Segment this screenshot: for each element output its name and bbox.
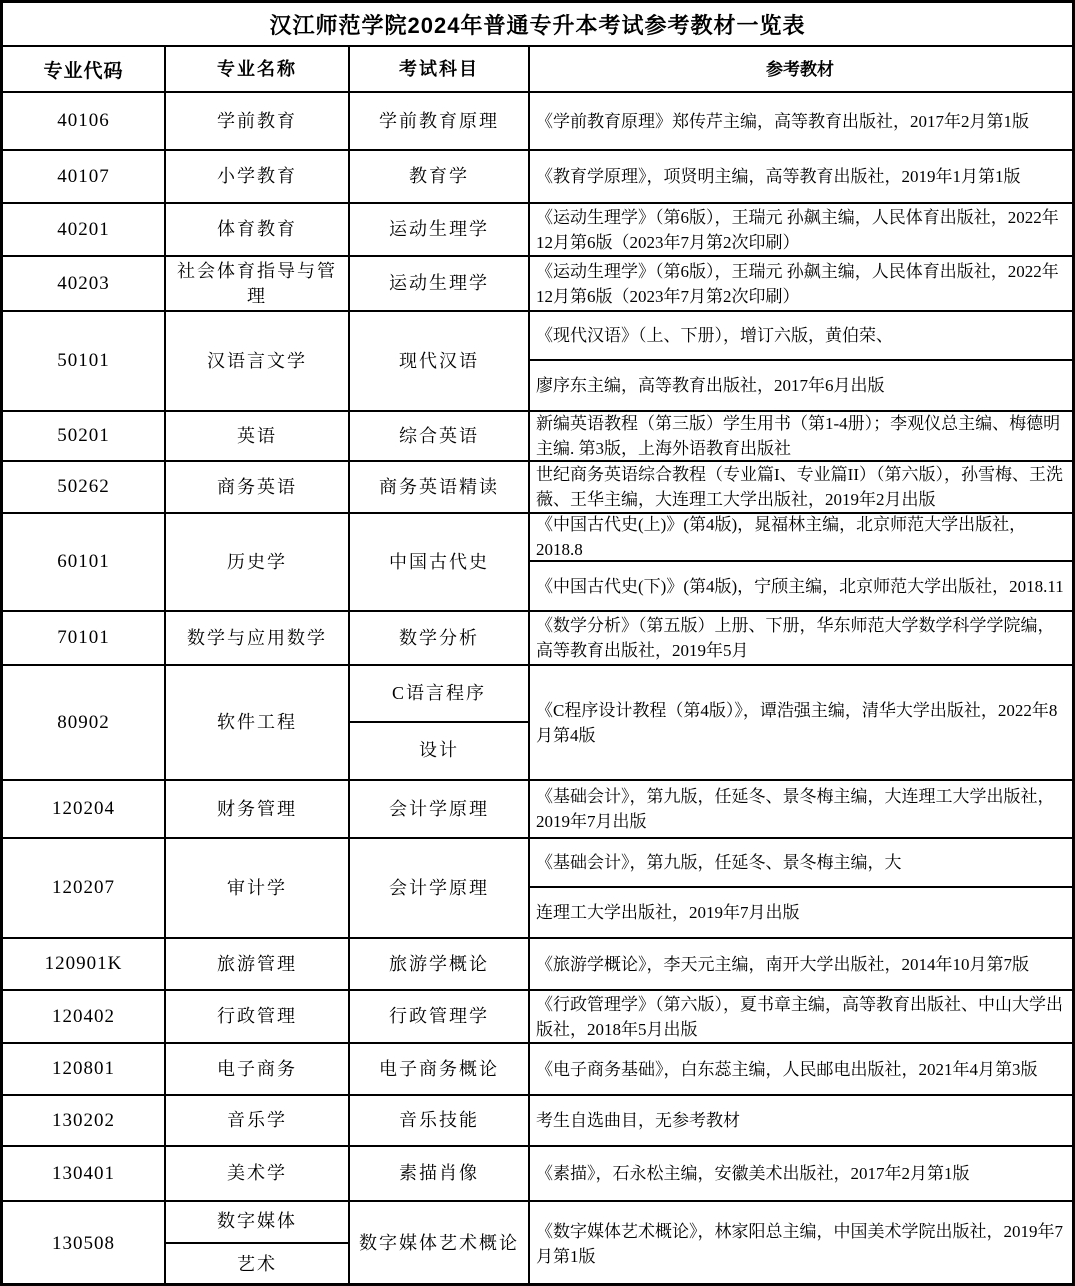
cell-subject: 会计学原理: [348, 839, 528, 937]
table-row: 120204财务管理会计学原理《基础会计》，第九版，任延冬、景冬梅主编，大连理工…: [3, 779, 1072, 837]
table-body: 40106学前教育学前教育原理《学前教育原理》郑传芹主编，高等教育出版社，201…: [3, 91, 1072, 1285]
cell-major: 商务英语: [164, 462, 348, 512]
cell-code: 50101: [3, 312, 164, 410]
cell-major: 软件工程: [164, 666, 348, 779]
table-row: 50101汉语言文学现代汉语《现代汉语》（上、下册），增订六版，黄伯荣、廖序东主…: [3, 310, 1072, 410]
cell-subject: 数学分析: [348, 612, 528, 664]
cell-subject: 商务英语精读: [348, 462, 528, 512]
cell-books: 《运动生理学》（第6版），王瑞元 孙飙主编，人民体育出版社，2022年12月第6…: [528, 204, 1072, 255]
sub-cell: 连理工大学出版社，2019年7月出版: [530, 888, 1072, 937]
cell-major: 美术学: [164, 1147, 348, 1200]
cell-subject: 现代汉语: [348, 312, 528, 410]
cell-major: 音乐学: [164, 1096, 348, 1145]
cell-major: 英语: [164, 412, 348, 460]
header-row: 专业代码 专业名称 考试科目 参考教材: [3, 45, 1072, 91]
cell-code: 40106: [3, 93, 164, 149]
column-header-code: 专业代码: [3, 47, 164, 91]
cell-subject: 数字媒体艺术概论: [348, 1202, 528, 1285]
cell-code: 40201: [3, 204, 164, 255]
cell-books: 《C程序设计教程（第4版）》，谭浩强主编，清华大学出版社，2022年8月第4版: [528, 666, 1072, 779]
cell-major: 数学与应用数学: [164, 612, 348, 664]
column-header-books: 参考教材: [528, 47, 1072, 91]
cell-subject: 素描肖像: [348, 1147, 528, 1200]
cell-major: 汉语言文学: [164, 312, 348, 410]
cell-books: 《电子商务基础》，白东蕊主编，人民邮电出版社，2021年4月第3版: [528, 1044, 1072, 1094]
cell-subject: 综合英语: [348, 412, 528, 460]
sub-cell: 数字媒体: [166, 1202, 348, 1244]
cell-code: 120402: [3, 991, 164, 1042]
cell-code: 130401: [3, 1147, 164, 1200]
cell-subject: 运动生理学: [348, 204, 528, 255]
sub-cell: 艺术: [166, 1244, 348, 1286]
cell-subject: 电子商务概论: [348, 1044, 528, 1094]
cell-major: 小学教育: [164, 151, 348, 202]
cell-code: 130202: [3, 1096, 164, 1145]
cell-subject: 音乐技能: [348, 1096, 528, 1145]
cell-code: 50201: [3, 412, 164, 460]
sub-cell: 《基础会计》，第九版，任延冬、景冬梅主编，大: [530, 839, 1072, 888]
cell-major: 电子商务: [164, 1044, 348, 1094]
cell-code: 120207: [3, 839, 164, 937]
column-header-subject: 考试科目: [348, 47, 528, 91]
cell-books: 《数学分析》（第五版）上册、下册，华东师范大学数学科学学院编，高等教育出版社，2…: [528, 612, 1072, 664]
table-row: 40106学前教育学前教育原理《学前教育原理》郑传芹主编，高等教育出版社，201…: [3, 91, 1072, 149]
cell-subject: 中国古代史: [348, 514, 528, 610]
table-row: 80902软件工程C语言程序设计《C程序设计教程（第4版）》，谭浩强主编，清华大…: [3, 664, 1072, 779]
cell-code: 70101: [3, 612, 164, 664]
table-row: 40201体育教育运动生理学《运动生理学》（第6版），王瑞元 孙飙主编，人民体育…: [3, 202, 1072, 255]
sub-cell: C语言程序: [350, 666, 528, 723]
cell-subject: 行政管理学: [348, 991, 528, 1042]
cell-subject: C语言程序设计: [348, 666, 528, 779]
cell-books: 《学前教育原理》郑传芹主编，高等教育出版社，2017年2月第1版: [528, 93, 1072, 149]
cell-major: 财务管理: [164, 781, 348, 837]
cell-code: 80902: [3, 666, 164, 779]
cell-code: 130508: [3, 1202, 164, 1285]
cell-subject: 会计学原理: [348, 781, 528, 837]
cell-books: 《教育学原理》，项贤明主编，高等教育出版社，2019年1月第1版: [528, 151, 1072, 202]
sub-cell: 《中国古代史(下)》(第4版)，宁颀主编，北京师范大学出版社，2018.11: [530, 562, 1072, 610]
sub-cell: 《中国古代史(上)》(第4版)，晁福林主编，北京师范大学出版社，2018.8: [530, 514, 1072, 562]
cell-code: 120801: [3, 1044, 164, 1094]
cell-code: 50262: [3, 462, 164, 512]
table-row: 120207审计学会计学原理《基础会计》，第九版，任延冬、景冬梅主编，大连理工大…: [3, 837, 1072, 937]
cell-code: 120204: [3, 781, 164, 837]
cell-code: 40107: [3, 151, 164, 202]
cell-major: 审计学: [164, 839, 348, 937]
sub-cell: 设计: [350, 723, 528, 780]
cell-major: 行政管理: [164, 991, 348, 1042]
cell-major: 学前教育: [164, 93, 348, 149]
table-row: 120801电子商务电子商务概论《电子商务基础》，白东蕊主编，人民邮电出版社，2…: [3, 1042, 1072, 1094]
cell-major: 社会体育指导与管理: [164, 257, 348, 310]
table-row: 50201英语综合英语新编英语教程（第三版）学生用书（第1-4册）；李观仪总主编…: [3, 410, 1072, 460]
table-row: 130508数字媒体艺术数字媒体艺术概论《数字媒体艺术概论》，林家阳总主编，中国…: [3, 1200, 1072, 1285]
cell-books: 《旅游学概论》，李天元主编，南开大学出版社，2014年10月第7版: [528, 939, 1072, 989]
sub-cell: 《现代汉语》（上、下册），增订六版，黄伯荣、: [530, 312, 1072, 361]
cell-books: 世纪商务英语综合教程（专业篇I、专业篇II）（第六版），孙雪梅、王洗薇、王华主编…: [528, 462, 1072, 512]
cell-major: 数字媒体艺术: [164, 1202, 348, 1285]
sub-cell: 廖序东主编，高等教育出版社，2017年6月出版: [530, 361, 1072, 410]
cell-major: 旅游管理: [164, 939, 348, 989]
cell-subject: 旅游学概论: [348, 939, 528, 989]
table-row: 120402行政管理行政管理学《行政管理学》（第六版），夏书章主编，高等教育出版…: [3, 989, 1072, 1042]
cell-books: 《素描》，石永松主编，安徽美术出版社，2017年2月第1版: [528, 1147, 1072, 1200]
cell-subject: 运动生理学: [348, 257, 528, 310]
cell-code: 120901K: [3, 939, 164, 989]
table-title: 汉江师范学院2024年普通专升本考试参考教材一览表: [3, 3, 1072, 45]
table-row: 40203社会体育指导与管理运动生理学《运动生理学》（第6版），王瑞元 孙飙主编…: [3, 255, 1072, 310]
cell-books: 考生自选曲目，无参考教材: [528, 1096, 1072, 1145]
cell-books: 新编英语教程（第三版）学生用书（第1-4册）；李观仪总主编、梅德明主编. 第3版…: [528, 412, 1072, 460]
cell-code: 60101: [3, 514, 164, 610]
cell-major: 体育教育: [164, 204, 348, 255]
cell-books: 《数字媒体艺术概论》，林家阳总主编，中国美术学院出版社，2019年7月第1版: [528, 1202, 1072, 1285]
table-row: 130401美术学素描肖像《素描》，石永松主编，安徽美术出版社，2017年2月第…: [3, 1145, 1072, 1200]
column-header-major: 专业名称: [164, 47, 348, 91]
table-row: 60101历史学中国古代史《中国古代史(上)》(第4版)，晁福林主编，北京师范大…: [3, 512, 1072, 610]
cell-books: 《运动生理学》（第6版），王瑞元 孙飙主编，人民体育出版社，2022年12月第6…: [528, 257, 1072, 310]
cell-code: 40203: [3, 257, 164, 310]
table-row: 40107小学教育教育学《教育学原理》，项贤明主编，高等教育出版社，2019年1…: [3, 149, 1072, 202]
reference-textbook-table: 汉江师范学院2024年普通专升本考试参考教材一览表 专业代码 专业名称 考试科目…: [0, 0, 1075, 1286]
cell-books: 《中国古代史(上)》(第4版)，晁福林主编，北京师范大学出版社，2018.8《中…: [528, 514, 1072, 610]
table-row: 50262商务英语商务英语精读世纪商务英语综合教程（专业篇I、专业篇II）（第六…: [3, 460, 1072, 512]
table-row: 130202音乐学音乐技能考生自选曲目，无参考教材: [3, 1094, 1072, 1145]
cell-books: 《现代汉语》（上、下册），增订六版，黄伯荣、廖序东主编，高等教育出版社，2017…: [528, 312, 1072, 410]
cell-books: 《行政管理学》（第六版），夏书章主编，高等教育出版社、中山大学出版社，2018年…: [528, 991, 1072, 1042]
cell-major: 历史学: [164, 514, 348, 610]
cell-subject: 教育学: [348, 151, 528, 202]
cell-books: 《基础会计》，第九版，任延冬、景冬梅主编，大连理工大学出版社，2019年7月出版: [528, 839, 1072, 937]
table-row: 120901K旅游管理旅游学概论《旅游学概论》，李天元主编，南开大学出版社，20…: [3, 937, 1072, 989]
cell-subject: 学前教育原理: [348, 93, 528, 149]
table-row: 70101数学与应用数学数学分析《数学分析》（第五版）上册、下册，华东师范大学数…: [3, 610, 1072, 664]
cell-books: 《基础会计》，第九版，任延冬、景冬梅主编，大连理工大学出版社，2019年7月出版: [528, 781, 1072, 837]
